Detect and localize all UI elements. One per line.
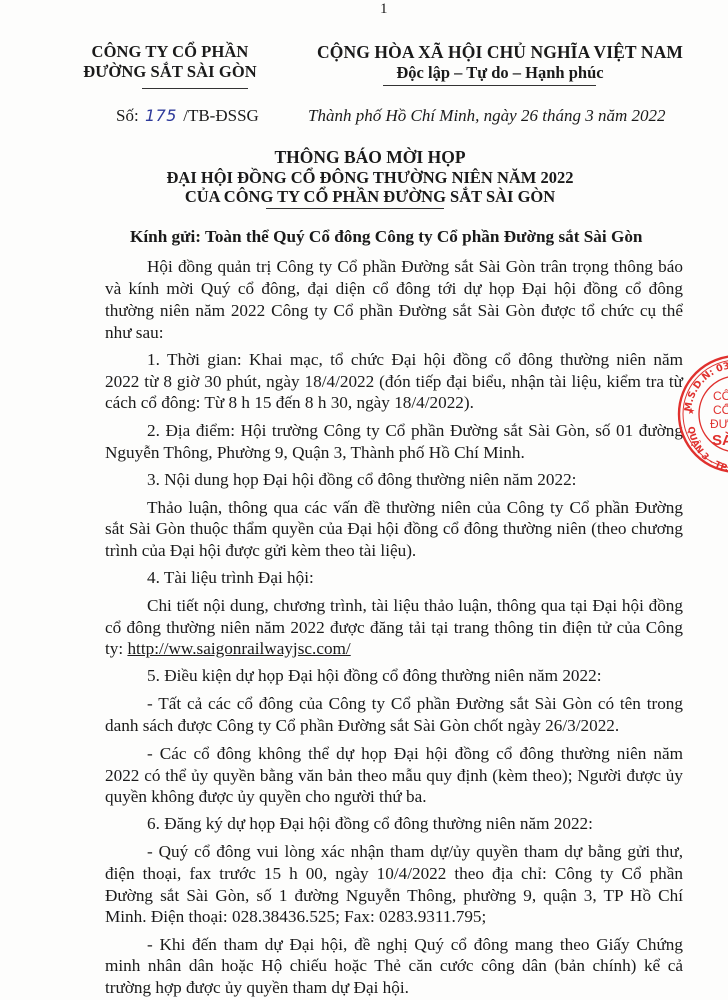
doc-number-prefix: Số: bbox=[116, 106, 139, 125]
body-line: sắt Sài Gòn thuộc thẩm quyền của Đại hội… bbox=[105, 518, 683, 539]
notice-subtitle-2: CỦA CÔNG TY CỔ PHẦN ĐƯỜNG SẮT SÀI GÒN bbox=[150, 187, 590, 207]
document-number: Số: 175 /TB-ĐSSG bbox=[116, 106, 259, 126]
seal-line-4: SÀI C bbox=[712, 432, 728, 449]
body-line: trình của Đại hội được gửi kèm theo tài … bbox=[105, 540, 683, 561]
seal-line-2: CỔ PH bbox=[713, 402, 728, 417]
nation-title: CỘNG HÒA XÃ HỘI CHỦ NGHĨA VIỆT NAM bbox=[300, 42, 700, 62]
notice-subtitle-1: ĐẠI HỘI ĐỒNG CỔ ĐÔNG THƯỜNG NIÊN NĂM 202… bbox=[150, 168, 590, 188]
body-line: như sau: bbox=[105, 322, 683, 343]
body-line: danh sách được Công ty Cổ phần Đường sắt… bbox=[105, 715, 683, 736]
notice-title: THÔNG BÁO MỜI HỌP bbox=[150, 148, 590, 168]
section-heading: 4. Tài liệu trình Đại hội: bbox=[147, 567, 683, 588]
motto-underline bbox=[383, 85, 596, 86]
website-link[interactable]: http://ww.saigonrailwayjsc.com/ bbox=[127, 639, 350, 658]
svg-text:★: ★ bbox=[687, 407, 695, 417]
body-line: điện thoại, fax trước 15 h 00, ngày 10/4… bbox=[105, 863, 683, 884]
salutation: Kính gửi: Toàn thể Quý Cổ đông Công ty C… bbox=[130, 227, 643, 247]
title-underline bbox=[266, 208, 444, 209]
body-line: trường hợp được ủy quyền tham dự Đại hội… bbox=[105, 977, 683, 998]
body-line: Thảo luận, thông qua các vấn đề thường n… bbox=[147, 497, 683, 518]
body-line: Chi tiết nội dung, chương trình, tài liệ… bbox=[147, 595, 683, 616]
company-name-line2: ĐƯỜNG SẮT SÀI GÒN bbox=[60, 62, 280, 81]
body-line: - Khi đến tham dự Đại hội, đề nghị Quý c… bbox=[147, 934, 683, 955]
body-line: - Tất cả các cổ đông của Công ty Cổ phần… bbox=[147, 693, 683, 714]
body-line: Hội đồng quản trị Công ty Cổ phần Đường … bbox=[147, 256, 683, 277]
body-line: thường niên năm 2022 Công ty Cổ phần Đườ… bbox=[105, 300, 683, 321]
company-seal-stamp: M.S.D.N: 030107 QUẬN 3 - TP. H ★ CÔNG CỔ… bbox=[676, 353, 728, 475]
body-line: 2022 từ 8 giờ 30 phút, ngày 18/4/2022 (đ… bbox=[105, 371, 683, 392]
section-heading: 3. Nội dung họp Đại hội đồng cổ đông thư… bbox=[147, 469, 683, 490]
body-line: Đường sắt Sài Gòn, số 1 đường Nguyễn Thô… bbox=[105, 885, 683, 906]
company-name-line1: CÔNG TY CỔ PHẦN bbox=[60, 42, 280, 61]
body-line: cách cổ đông: Từ 8 h 15 đến 8 h 30, ngày… bbox=[105, 392, 683, 413]
nation-motto: Độc lập – Tự do – Hạnh phúc bbox=[300, 63, 700, 82]
seal-line-1: CÔNG bbox=[713, 388, 728, 403]
body-line: - Các cổ đông không thể dự họp Đại hội đ… bbox=[147, 743, 683, 764]
document-page: 1 CÔNG TY CỔ PHẦN ĐƯỜNG SẮT SÀI GÒN CỘNG… bbox=[0, 0, 728, 1000]
section-heading: 5. Điều kiện dự họp Đại hội đồng cổ đông… bbox=[147, 665, 683, 686]
body-line: Nguyễn Thông, Phường 9, Quận 3, Thành ph… bbox=[105, 442, 683, 463]
place-date: Thành phố Hồ Chí Minh, ngày 26 tháng 3 n… bbox=[308, 106, 665, 126]
body-line: 1. Thời gian: Khai mạc, tổ chức Đại hội … bbox=[147, 349, 683, 370]
body-line: minh nhân dân hoặc Hộ chiếu hoặc Thẻ căn… bbox=[105, 955, 683, 976]
body-line: 2022 có thể ủy quyền bằng văn bản theo m… bbox=[105, 765, 683, 786]
body-line: quyền không được ủy quyền cho người thứ … bbox=[105, 786, 683, 807]
section-heading: 6. Đăng ký dự họp Đại hội đồng cổ đông t… bbox=[147, 813, 683, 834]
website-label: ty: bbox=[105, 639, 123, 658]
body-line: 2. Địa điểm: Hội trường Công ty Cổ phần … bbox=[147, 420, 683, 441]
body-line: và kính mời Quý cổ đông, đại diện cổ đôn… bbox=[105, 278, 683, 299]
doc-number-suffix: /TB-ĐSSG bbox=[183, 106, 259, 125]
body-line: cổ đông thường niên năm 2022 được đăng t… bbox=[105, 617, 683, 638]
body-line: - Quý cổ đông vui lòng xác nhận tham dự/… bbox=[147, 841, 683, 862]
body-line: Minh. Điện thoại: 028.38436.525; Fax: 02… bbox=[105, 906, 683, 927]
body-line: ty: http://ww.saigonrailwayjsc.com/ bbox=[105, 638, 683, 659]
page-number: 1 bbox=[380, 0, 388, 18]
seal-line-3: ĐƯỜNG bbox=[710, 416, 728, 431]
doc-number-handwritten: 175 bbox=[143, 106, 179, 125]
company-underline bbox=[142, 88, 248, 89]
